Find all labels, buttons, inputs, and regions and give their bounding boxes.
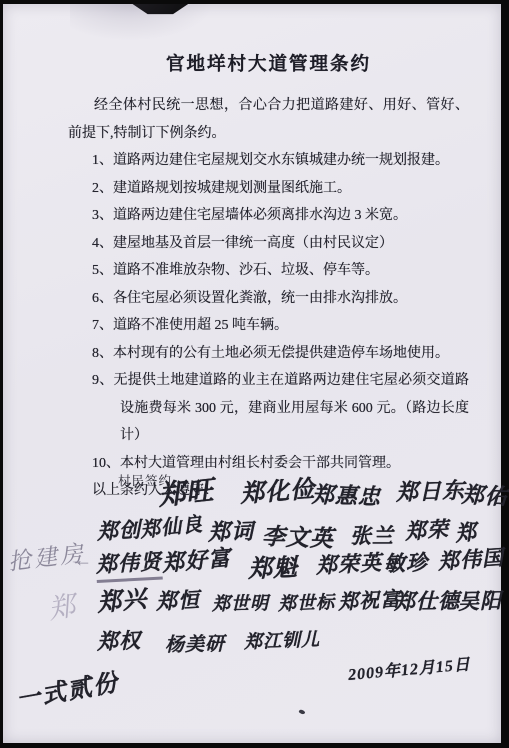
signature: 郑仕德 (394, 585, 461, 616)
margin-note-faint-pencil: 郑 (45, 583, 79, 626)
handwritten-date: 2009年12月15日 (347, 651, 472, 685)
signature: 郑创 (96, 514, 142, 546)
signature: 郑恒 (155, 584, 201, 616)
signature: 郑旺 (156, 468, 216, 513)
signature: 郑荣 (404, 513, 450, 546)
signature: 杨美研 (165, 629, 225, 657)
signature: 郑世明 (212, 589, 269, 616)
signature: 敏珍 (383, 546, 428, 578)
signature: 郑魁 (247, 547, 298, 584)
scanned-document-page: 官地垟村大道管理条约 经全体村民统一思想，合心合力把道路建好、用好、管好、前提下… (0, 0, 509, 748)
signature: 郑伟国 (437, 541, 505, 576)
signature: 吴阳 (457, 584, 502, 616)
signature: 郑佑 (461, 478, 509, 511)
signature: 郑权 (96, 624, 141, 656)
signature: 郑江钏儿 (244, 625, 321, 654)
signature: 郑世标 (278, 588, 336, 616)
signature: 郑惠忠 (311, 478, 381, 511)
signature: 郑荣英 (315, 547, 382, 580)
signature: 郑仙良 (138, 507, 204, 542)
signature: 郑祝富 (337, 583, 401, 615)
signature: 张兰 (350, 520, 394, 550)
ink-speck (298, 709, 305, 716)
signatures-layer: 村民签约 郑旺 郑化俭 郑惠忠 郑日东 郑佑 郑创 郑仙良 郑词 李文英 张兰 … (0, 0, 509, 748)
signature: 郑兴 (95, 579, 148, 618)
signature-underlined: 郑伟贤 (95, 546, 163, 583)
signature: 郑日东 (395, 474, 465, 507)
signature: 郑好富 (161, 541, 232, 578)
copies-note: 一式贰份 (13, 662, 121, 715)
signature: 郑化俭 (239, 469, 316, 509)
